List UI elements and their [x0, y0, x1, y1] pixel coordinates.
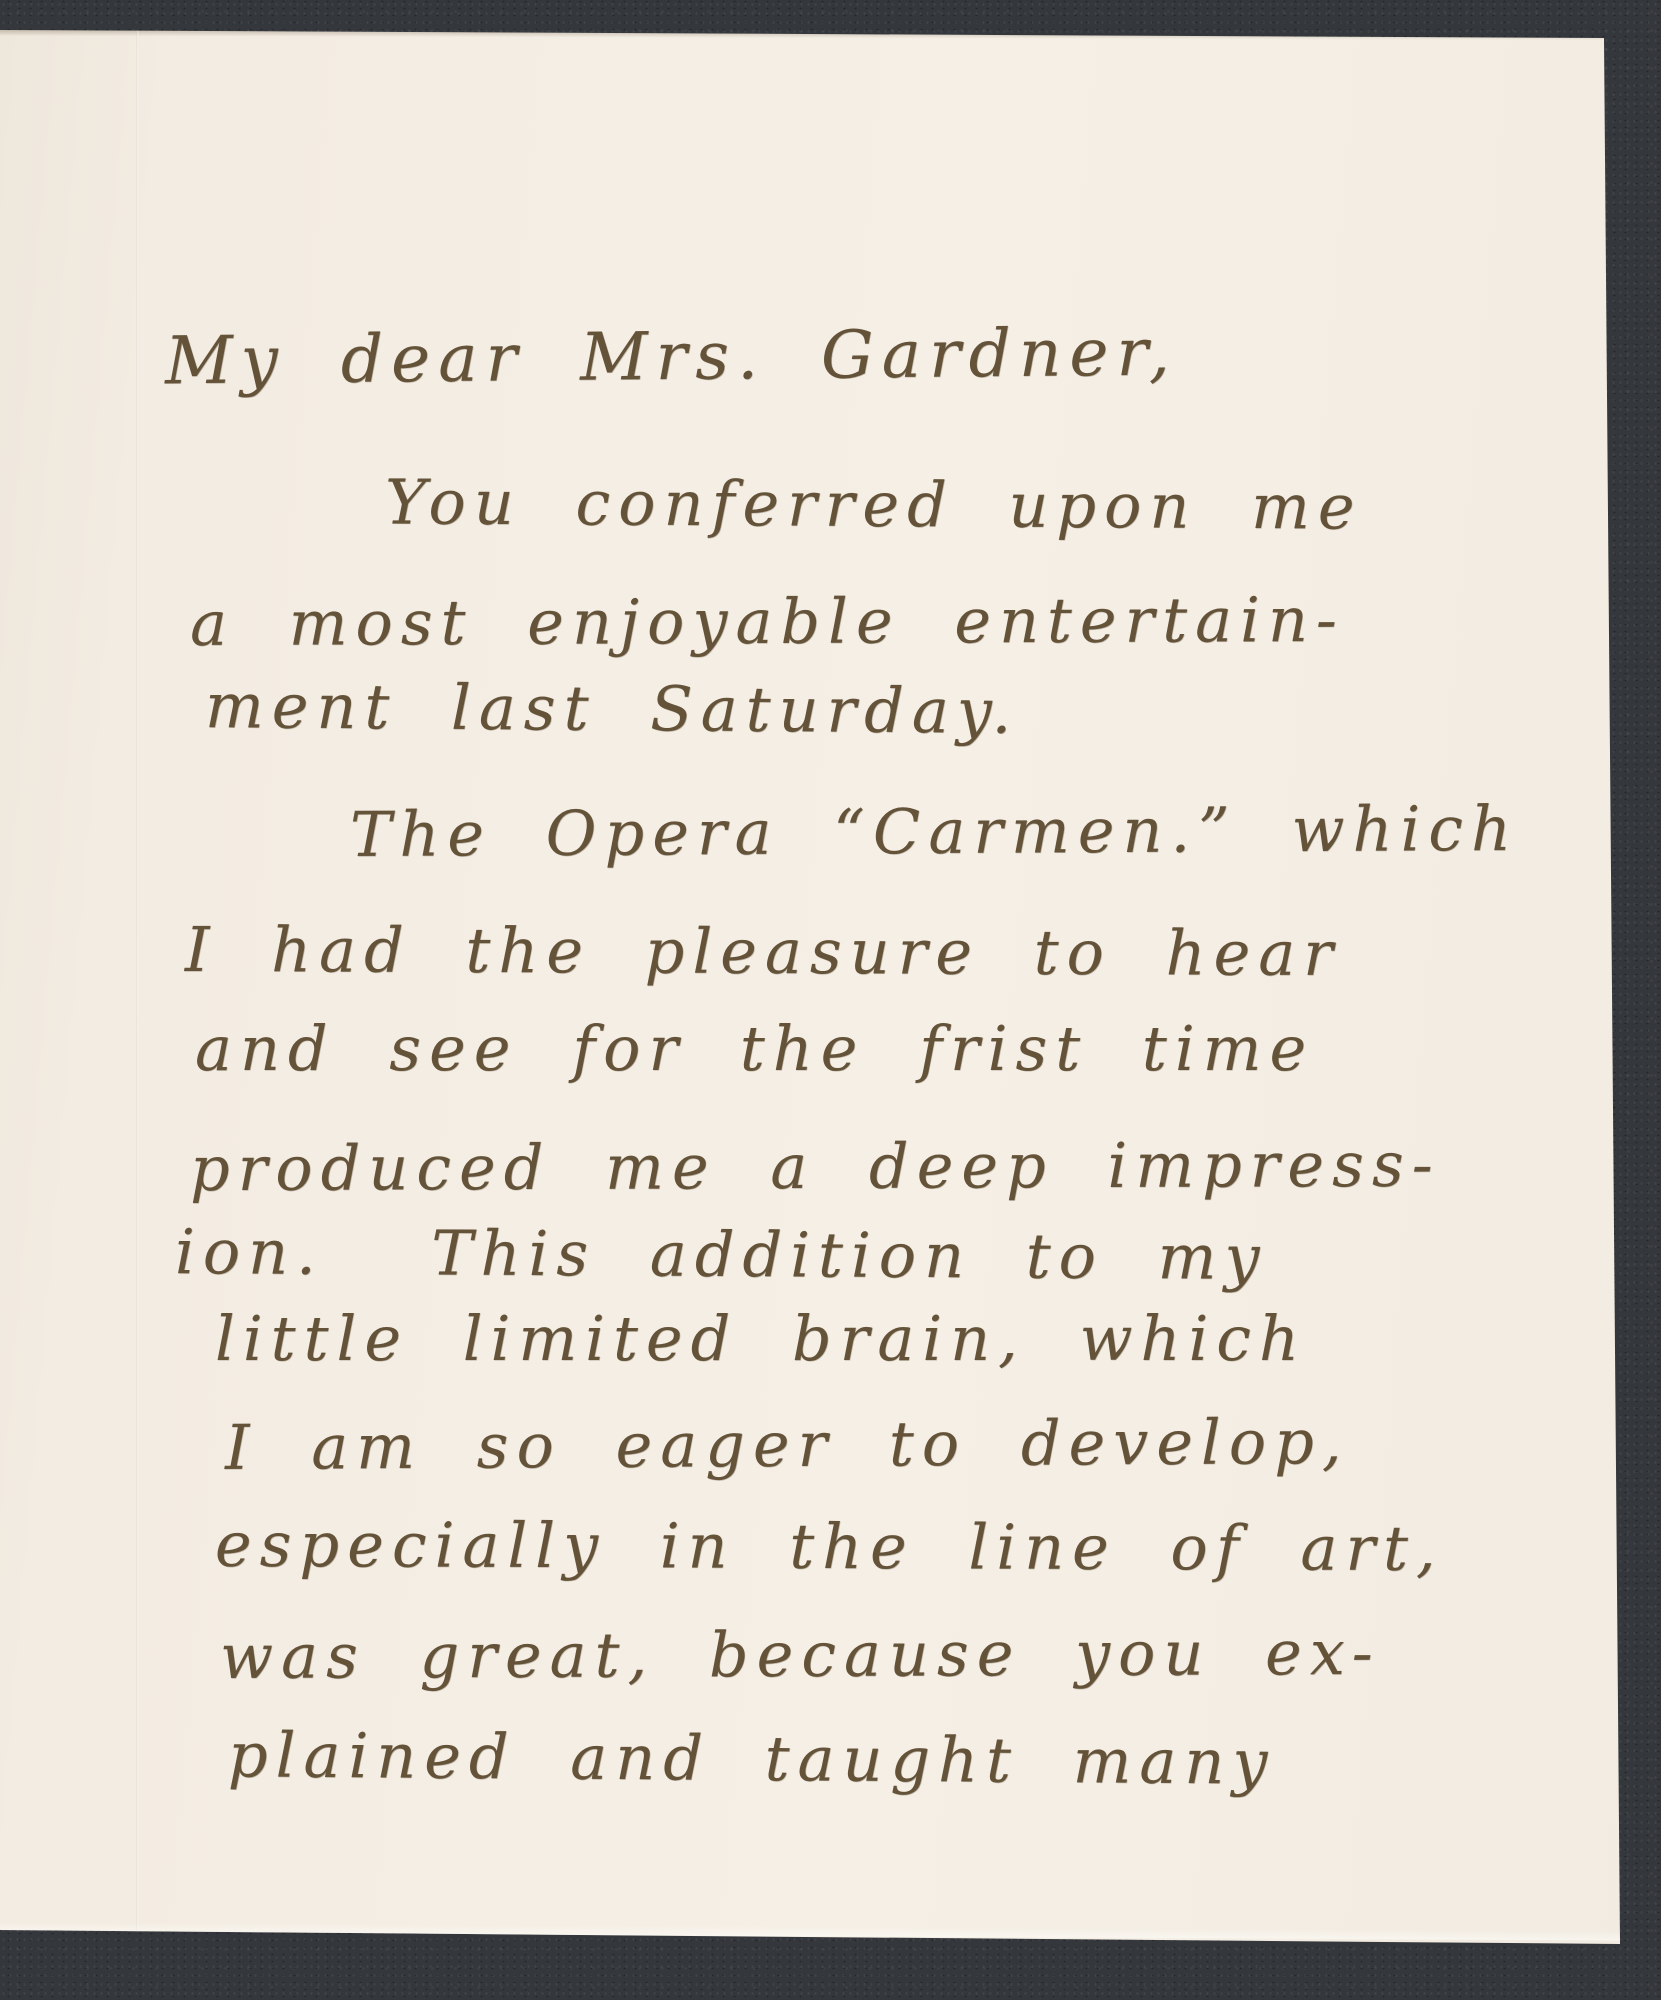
handwritten-line: a most enjoyable entertain-: [190, 583, 1345, 660]
handwritten-line: My dear Mrs. Gardner,: [165, 314, 1178, 400]
handwritten-line: especially in the line of art,: [215, 1508, 1444, 1585]
handwritten-line: produced me a deep impress-: [190, 1128, 1441, 1205]
paper-top-edge-shadow: [0, 30, 1604, 40]
handwritten-line: The Opera “Carmen.” which: [350, 792, 1519, 871]
handwritten-line: and see for the frist time: [195, 1012, 1314, 1085]
fold-crease-line: [136, 28, 139, 1946]
handwritten-line: I am so eager to develop,: [225, 1405, 1350, 1484]
handwritten-line: was great, because you ex-: [220, 1616, 1381, 1693]
photo-background: My dear Mrs. Gardner,You conferred upon …: [0, 0, 1661, 2000]
handwritten-line: plained and taught many: [228, 1718, 1276, 1798]
letter-page: My dear Mrs. Gardner,You conferred upon …: [0, 0, 1661, 2000]
handwritten-line: You conferred upon me: [385, 465, 1363, 543]
paper-bottom-edge-highlight: [0, 1922, 1620, 1940]
handwritten-line: I had the pleasure to hear: [185, 913, 1341, 990]
handwritten-line: little limited brain, which: [215, 1302, 1307, 1375]
handwritten-line: ment last Saturday.: [205, 669, 1020, 748]
handwritten-line: ion. This addition to my: [175, 1215, 1268, 1294]
